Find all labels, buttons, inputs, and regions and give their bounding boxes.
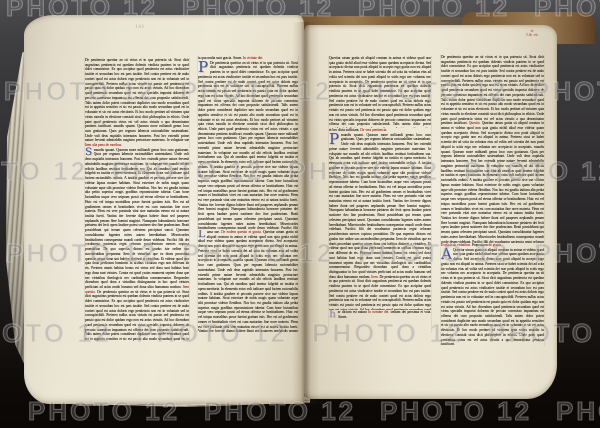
illuminated-initial: P <box>329 133 340 146</box>
body-text: De penitencia queritur an sit virtus et … <box>441 55 544 125</box>
rubric-inline: In civitate dni. <box>243 56 263 60</box>
body-text: mundis spuant. Quorum more militandi gen… <box>198 132 298 230</box>
text-block: et hec dicta sufficiant. De vera peniten… <box>329 128 431 310</box>
text-block: h ar dictum est natura In nomine dei. se… <box>329 310 431 333</box>
text-block: L uasa sue. De eodem questio et gracia. … <box>198 230 298 332</box>
body-text: De penitencia queritur an sit virtus et … <box>329 80 431 128</box>
text-block: Queritur utrum gratia sit aliquid creatu… <box>329 56 431 128</box>
chapter-body: P mundis spuant. Quorum more militandi g… <box>329 133 431 310</box>
left-page-column-2: ta qua multa sunt gracia. Amen. In civit… <box>197 56 299 332</box>
text-block: Item alia pena de moribus. S mundis spua… <box>85 143 189 342</box>
illuminated-initial: S <box>85 148 93 157</box>
manuscript-book-photo: 141 137 vi Lib. vii De penitencia querit… <box>0 0 600 428</box>
illuminated-initial: A <box>441 248 452 261</box>
body-text: ar dictum est natura <box>338 310 368 314</box>
text-block: ta qua multa sunt gracia. Amen. In civit… <box>198 56 298 230</box>
body-text: uasa sue. <box>207 230 220 234</box>
chapter-body: A Queritur utrum gratia sit aliquid crea… <box>441 248 544 346</box>
rubric-inline: De eodem questio et gracia. <box>221 230 261 234</box>
body-text: Queritur utrum gratia sit aliquid creatu… <box>441 121 544 149</box>
body-text: mundis spuant. Quorum more militandi gen… <box>329 133 431 279</box>
rubric-inline: de gratia. <box>489 243 502 247</box>
body-text: De penitencia queritur an sit virtus et … <box>85 290 189 342</box>
body-text: De penitencia queritur an sit virtus et … <box>329 275 431 310</box>
running-title: vi Lib. vii <box>519 29 545 38</box>
folio-number: 137 <box>564 22 575 29</box>
rubric-inline: De vera penitencia. <box>360 128 387 132</box>
body-text: De penitencia queritur an sit virtus et … <box>85 58 189 128</box>
body-text: mundis spuant. Quorum more militandi gen… <box>198 258 298 332</box>
text-block: De penitencia queritur an sit virtus et … <box>441 55 544 243</box>
text-block: Explicit de virtutibus. Propositum de gr… <box>441 243 544 346</box>
rubric-inline: Explicit de virtutibus. <box>441 243 472 247</box>
text-block: De penitencia queritur an sit virtus et … <box>85 58 189 143</box>
leather-cover-right-edge <box>551 13 596 415</box>
chapter-body: S mundis spuant. Quorum more militandi g… <box>85 148 189 342</box>
illuminated-initial: L <box>198 230 206 239</box>
body-text: mundis spuant. Quorum more militandi gen… <box>441 145 544 243</box>
running-title-line2: Lib. vii <box>519 33 545 37</box>
body-text: De penitencia queritur an sit virtus et … <box>198 61 298 136</box>
rubric-inline: Questio. <box>469 121 480 125</box>
chapter-body: L uasa sue. De eodem questio et gracia. … <box>198 230 298 332</box>
left-page-column-1: De penitencia queritur an sit virtus et … <box>84 58 190 342</box>
illuminated-initial: P <box>198 61 209 74</box>
body-text: et hec dicta sufficiant. <box>329 128 359 132</box>
right-page-column-1: Queritur utrum gratia sit aliquid creatu… <box>328 56 432 333</box>
chapter-body: h ar dictum est natura In nomine dei. se… <box>329 310 431 319</box>
chapter-body: P De penitencia queritur an sit virtus e… <box>198 61 298 230</box>
right-page-column-2: De penitencia queritur an sit virtus et … <box>440 55 545 346</box>
body-text: De penitencia queritur an sit virtus et … <box>441 271 544 346</box>
body-text: mundis spuant. Quorum more militandi gen… <box>85 148 189 289</box>
body-text: ta qua multa sunt gracia. Amen. <box>198 56 242 60</box>
watermark-text: PHOTO 12 <box>380 396 532 427</box>
pencil-folio-number: 141 <box>135 24 145 30</box>
body-text: Propositum <box>472 243 489 247</box>
illuminated-initial: h <box>329 310 337 319</box>
rubric-inline: In nomine dei. <box>368 310 391 314</box>
